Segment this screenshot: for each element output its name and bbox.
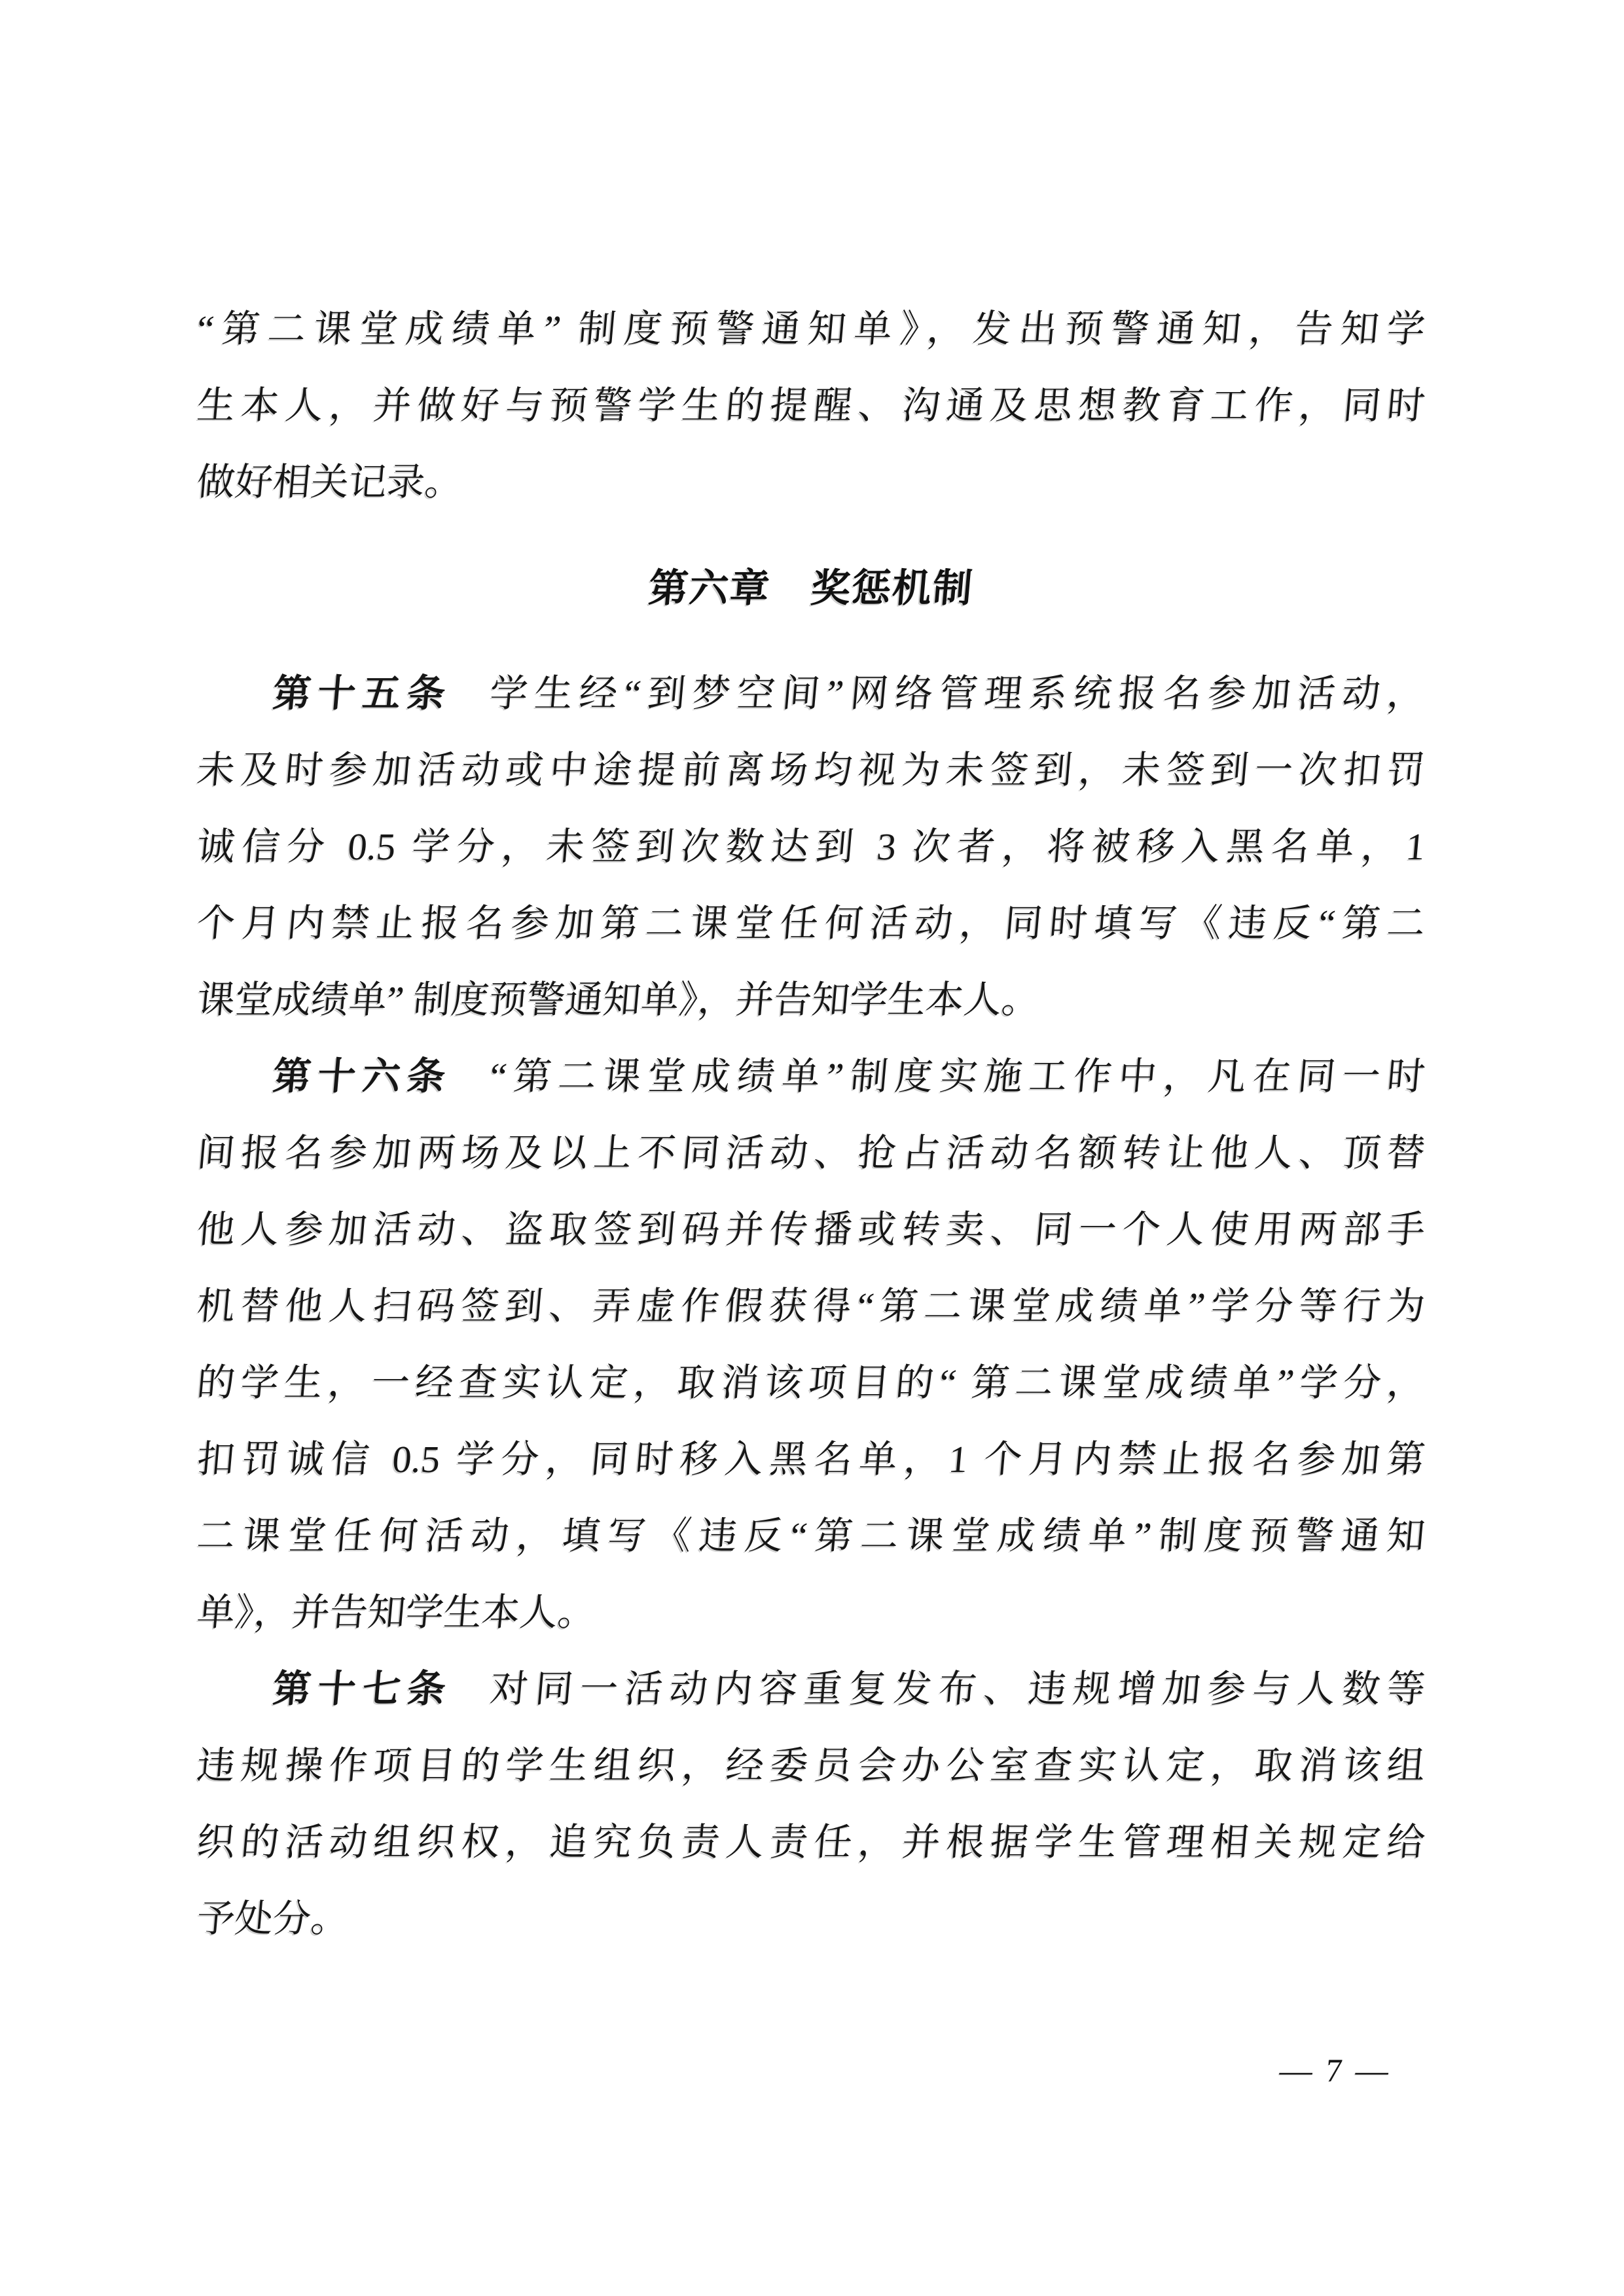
- body-line: 违规操作项目的学生组织，经委员会办公室查实认定，取消该组: [194, 1727, 1428, 1804]
- article-term: 第十六条: [271, 1055, 454, 1098]
- body-line: 的学生，一经查实认定，取消该项目的“ 第二课堂成绩单”学分，: [194, 1344, 1428, 1421]
- article-first-line: 第十六条“第二课堂成绩单”制度实施工作中，凡在同一时: [194, 1038, 1428, 1115]
- body-line: 他人参加活动、盗取签到码并传播或转卖、同一个人使用两部手: [194, 1191, 1428, 1268]
- article-17: 第十七条对同一活动内容重复发布、违规增加参与人数等 违规操作项目的学生组织，经委…: [194, 1651, 1422, 1957]
- page-number: — 7 —: [194, 2047, 1426, 2093]
- body-line: 扣罚诚信 0.5 学分，同时移入黑名单，1 个月内禁止报名参加第: [194, 1421, 1428, 1498]
- article-first-line: 第十五条学生经“到梦空间”网络管理系统报名参加活动，: [194, 655, 1428, 732]
- body-line: 织的活动组织权，追究负责人责任，并根据学生管理相关规定给: [194, 1804, 1428, 1880]
- text-column: “第二课堂成绩单” 制度预警通知单》，发出预警通知，告知学 生本人，并做好与预警…: [194, 291, 1422, 1957]
- article-first-text: “第二课堂成绩单”制度实施工作中，凡在同一时: [488, 1055, 1427, 1098]
- body-line: 予处分。: [194, 1880, 1428, 1957]
- chapter-heading: 第六章 奖惩机制: [194, 550, 1428, 626]
- article-term: 第十五条: [271, 672, 454, 715]
- body-line: 机替他人扫码签到、弄虚作假获得“第二课堂成绩单”学分等行为: [194, 1268, 1428, 1344]
- article-first-line: 第十七条对同一活动内容重复发布、违规增加参与人数等: [194, 1651, 1428, 1727]
- article-first-text: 学生经“到梦空间”网络管理系统报名参加活动，: [488, 672, 1427, 715]
- article-16: 第十六条“第二课堂成绩单”制度实施工作中，凡在同一时 间报名参加两场及以上不同活…: [194, 1038, 1422, 1651]
- body-line: 个月内禁止报名参加第二课堂任何活动，同时填写《违反“第二: [194, 885, 1428, 961]
- body-line: 二课堂任何活动，填写《违反“第二课堂成绩单”制度预警通知: [194, 1498, 1428, 1574]
- body-line: 生本人，并做好与预警学生的提醒、沟通及思想教育工作，同时: [194, 367, 1428, 444]
- article-term: 第十七条: [271, 1668, 454, 1710]
- body-line: 诚信分 0.5 学分，未签到次数达到 3 次者，将被移入黑名单，1: [194, 808, 1428, 885]
- body-line: 间报名参加两场及以上不同活动、抢占活动名额转让他人、顶替: [194, 1115, 1428, 1191]
- body-line: 未及时参加活动或中途提前离场均视为未签到，未签到一次扣罚: [194, 732, 1428, 808]
- body-line: 单》，并告知学生本人。: [194, 1574, 1428, 1651]
- article-15: 第十五条学生经“到梦空间”网络管理系统报名参加活动， 未及时参加活动或中途提前离…: [194, 655, 1422, 1038]
- article-first-text: 对同一活动内容重复发布、违规增加参与人数等: [488, 1668, 1427, 1710]
- paragraph-continuation: “第二课堂成绩单” 制度预警通知单》，发出预警通知，告知学 生本人，并做好与预警…: [194, 291, 1422, 520]
- body-line: 课堂成绩单” 制度预警通知单》，并告知学生本人。: [194, 961, 1428, 1038]
- body-line: 做好相关记录。: [194, 444, 1428, 520]
- body-line: “第二课堂成绩单” 制度预警通知单》，发出预警通知，告知学: [194, 291, 1428, 367]
